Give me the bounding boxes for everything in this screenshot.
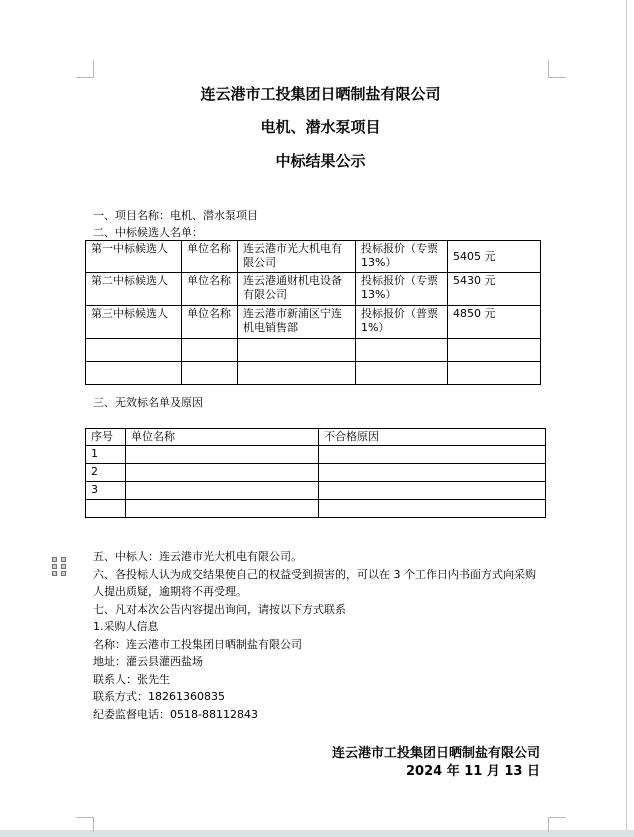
purchaser-address: 地址：灌云县灌西盐场 [93, 653, 563, 671]
paragraph-winner: 五、中标人：连云港市光大机电有限公司。 [93, 548, 563, 566]
table-row: 3 [86, 482, 546, 500]
field-cell: 单位名称 [182, 241, 238, 273]
paragraph-objection-2: 人提出质疑，逾期将不再受理。 [93, 583, 563, 601]
table-row [86, 339, 541, 362]
notice-paragraphs: 五、中标人：连云港市光大机电有限公司。 六、各投标人认为成交结果使自己的权益受到… [93, 548, 563, 723]
empty-cell [86, 339, 182, 362]
price-cell: 5405 元 [448, 241, 541, 273]
document-page: 连云港市工投集团日晒制盐有限公司 电机、潜水泵项目 中标结果公示 一、项目名称：… [0, 0, 634, 837]
crop-mark-top-right [548, 77, 566, 78]
field-cell: 单位名称 [182, 273, 238, 306]
empty-cell [319, 464, 546, 482]
header-cell: 序号 [86, 429, 126, 446]
empty-cell [126, 500, 319, 518]
crop-mark-top-right [548, 60, 549, 78]
table-row: 第一中标候选人 单位名称 连云港市光大机电有限公司 投标报价（专票13%） 54… [86, 241, 541, 273]
empty-cell [356, 362, 448, 385]
empty-cell [448, 362, 541, 385]
drag-handle-icon[interactable] [52, 557, 66, 576]
table-row [86, 500, 546, 518]
purchaser-name: 名称：连云港市工投集团日晒制盐有限公司 [93, 636, 563, 654]
table-row: 第二中标候选人 单位名称 连云港通财机电设备有限公司 投标报价（专票13%） 5… [86, 273, 541, 306]
crop-mark-bottom-right [548, 817, 566, 818]
contact-phone: 联系方式：18261360835 [93, 688, 563, 706]
candidates-table: 第一中标候选人 单位名称 连云港市光大机电有限公司 投标报价（专票13%） 54… [85, 240, 541, 385]
document-title-company: 连云港市工投集团日晒制盐有限公司 [93, 83, 548, 104]
empty-cell [126, 482, 319, 500]
crop-mark-top-left [93, 60, 94, 78]
crop-mark-bottom-right [548, 817, 549, 832]
section-candidates-heading: 二、中标候选人名单： [93, 224, 203, 240]
empty-cell [182, 339, 238, 362]
paragraph-purchaser-info: 1.采购人信息 [93, 618, 563, 636]
page-right-edge [626, 0, 627, 831]
empty-cell [356, 339, 448, 362]
company-cell: 连云港市光大机电有限公司 [238, 241, 356, 273]
header-cell: 不合格原因 [319, 429, 546, 446]
price-label-cell: 投标报价（专票13%） [356, 241, 448, 273]
table-row [86, 362, 541, 385]
empty-cell [319, 446, 546, 464]
contact-person: 联系人：张先生 [93, 671, 563, 689]
table-row: 第三中标候选人 单位名称 连云港市新浦区宁连机电销售部 投标报价（普票1%） 4… [86, 306, 541, 339]
table-row: 2 [86, 464, 546, 482]
empty-cell [182, 362, 238, 385]
empty-cell [238, 339, 356, 362]
signature-company: 连云港市工投集团日晒制盐有限公司 [93, 745, 540, 763]
table-row: 1 [86, 446, 546, 464]
price-label-cell: 投标报价（普票1%） [356, 306, 448, 339]
paragraph-objection-1: 六、各投标人认为成交结果使自己的权益受到损害的，可以在 3 个工作日内书面方式向… [93, 566, 563, 584]
serial-cell: 3 [86, 482, 126, 500]
crop-mark-bottom-left [93, 817, 94, 832]
document-title-result: 中标结果公示 [93, 150, 548, 171]
empty-cell [448, 339, 541, 362]
serial-cell: 1 [86, 446, 126, 464]
rank-cell: 第一中标候选人 [86, 241, 182, 273]
page-bottom-edge [0, 830, 634, 837]
empty-cell [126, 464, 319, 482]
field-cell: 单位名称 [182, 306, 238, 339]
signature-date: 2024 年 11 月 13 日 [93, 763, 540, 781]
crop-mark-top-left [76, 77, 94, 78]
serial-cell: 2 [86, 464, 126, 482]
supervision-phone: 纪委监督电话：0518-88112843 [93, 706, 563, 724]
section-project-name: 一、项目名称：电机、潜水泵项目 [93, 207, 258, 223]
price-label-cell: 投标报价（专票13%） [356, 273, 448, 306]
header-cell: 单位名称 [126, 429, 319, 446]
company-cell: 连云港通财机电设备有限公司 [238, 273, 356, 306]
price-cell: 4850 元 [448, 306, 541, 339]
serial-cell [86, 500, 126, 518]
empty-cell [86, 362, 182, 385]
empty-cell [319, 482, 546, 500]
rank-cell: 第三中标候选人 [86, 306, 182, 339]
rank-cell: 第二中标候选人 [86, 273, 182, 306]
empty-cell [126, 446, 319, 464]
paragraph-contact-intro: 七、凡对本次公告内容提出询问，请按以下方式联系 [93, 601, 563, 619]
crop-mark-bottom-left [76, 817, 94, 818]
price-cell: 5430 元 [448, 273, 541, 306]
invalid-bid-table: 序号 单位名称 不合格原因 1 2 3 [85, 428, 546, 518]
signature-block: 连云港市工投集团日晒制盐有限公司 2024 年 11 月 13 日 [93, 745, 540, 781]
section-invalid-heading: 三、无效标名单及原因 [93, 394, 203, 410]
company-cell: 连云港市新浦区宁连机电销售部 [238, 306, 356, 339]
empty-cell [238, 362, 356, 385]
empty-cell [319, 500, 546, 518]
document-title-project: 电机、潜水泵项目 [93, 116, 548, 137]
table-header-row: 序号 单位名称 不合格原因 [86, 429, 546, 446]
